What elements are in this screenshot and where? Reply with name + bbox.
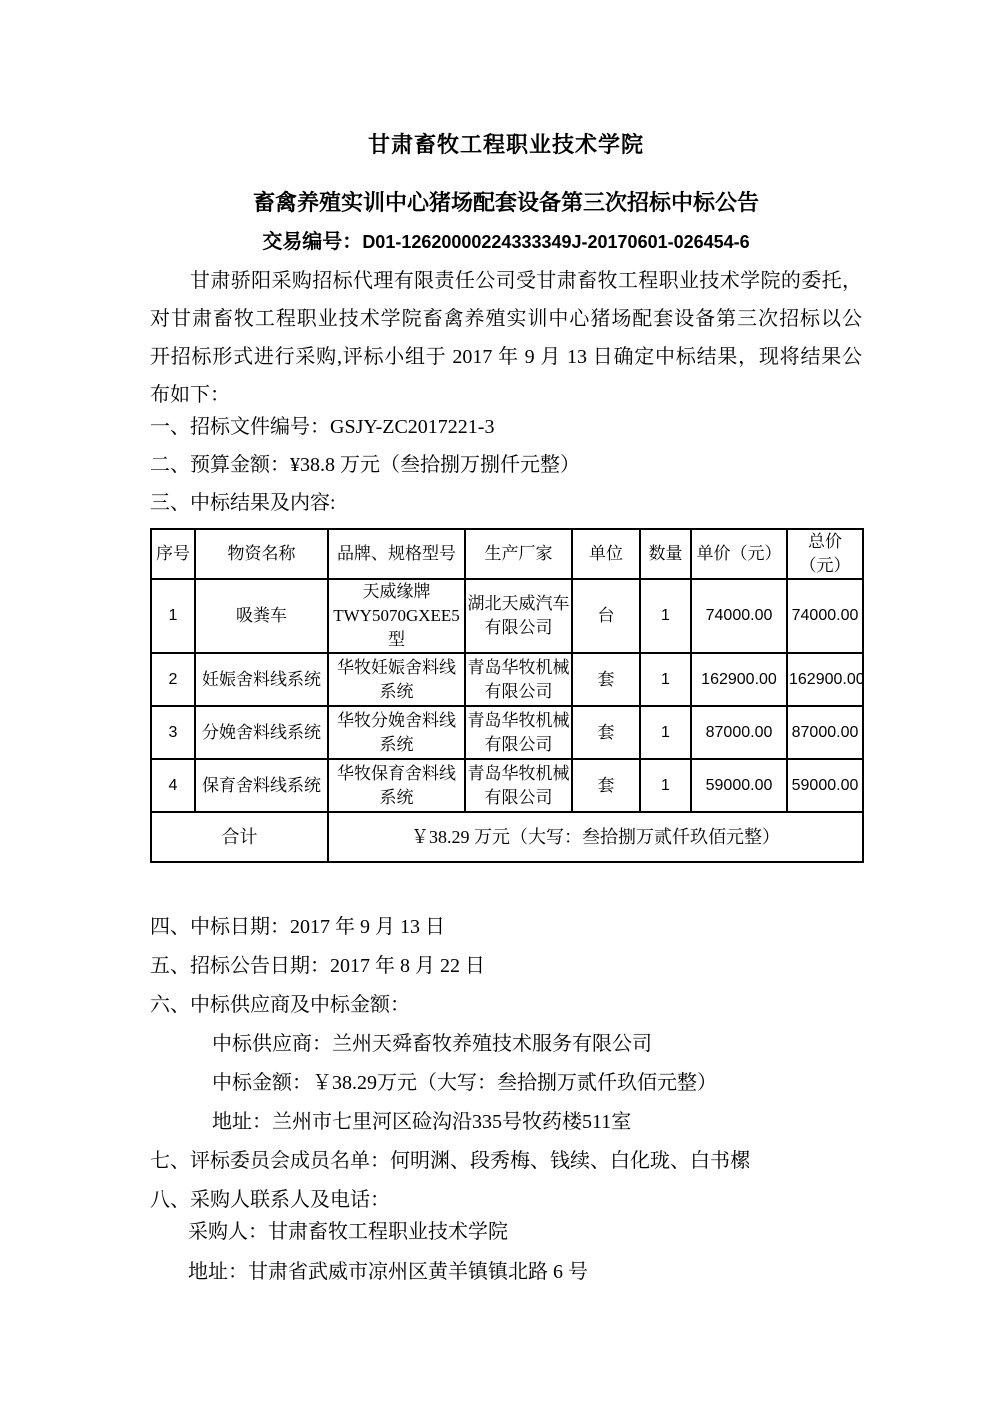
- header-cell-quantity: 数量: [640, 529, 691, 579]
- table-cell: 保育舍料线系统: [195, 759, 328, 812]
- intro-line: 布如下：: [150, 376, 862, 414]
- intro-line: 开招标形式进行采购,评标小组于 2017 年 9 月 13 日确定中标结果，现将…: [150, 338, 862, 376]
- announcement-subtitle: 畜禽养殖实训中心猪场配套设备第三次招标中标公告: [150, 188, 862, 218]
- table-cell: 套: [572, 706, 640, 759]
- table-row: 4 保育舍料线系统 华牧保育舍料线 系统 青岛华牧机械 有限公司 套 1 590…: [151, 759, 863, 812]
- winning-supplier-line: 中标供应商：兰州天舜畜牧养殖技术服务有限公司: [150, 1032, 862, 1056]
- supplier-address-line: 地址：兰州市七里河区硷沟沿335号牧药楼511室: [150, 1110, 862, 1134]
- table-cell: 59000.00: [691, 759, 787, 812]
- table-row: 1 吸粪车 天威缘牌 TWY5070GXEE5 型 湖北天威汽车 有限公司 台 …: [151, 579, 863, 653]
- table-cell: 1: [640, 653, 691, 706]
- table-header-row: 序号 物资名称 品牌、规格型号 生产厂家 单位 数量 单价（元） 总价（元）: [151, 529, 863, 579]
- bid-doc-number-line: 一、招标文件编号：GSJY-ZC2017221-3: [150, 414, 862, 440]
- table-row: 2 妊娠舍料线系统 华牧妊娠舍料线 系统 青岛华牧机械 有限公司 套 1 162…: [151, 653, 863, 706]
- table-cell: 天威缘牌 TWY5070GXEE5 型: [328, 579, 465, 653]
- total-label-cell: 合计: [151, 812, 328, 862]
- table-cell: 87000.00: [691, 706, 787, 759]
- table-cell: 2: [151, 653, 195, 706]
- table-cell: 青岛华牧机械 有限公司: [465, 706, 572, 759]
- transaction-number-label: 交易编号：: [262, 231, 362, 253]
- transaction-number: D01-12620000224333349J-20170601-026454-6: [362, 232, 749, 252]
- contact-section-heading: 八、采购人联系人及电话：: [150, 1188, 862, 1212]
- table-cell: 分娩舍料线系统: [195, 706, 328, 759]
- committee-members-line: 七、评标委员会成员名单：何明渊、段秀梅、钱续、白化珑、白书樏: [150, 1149, 862, 1173]
- table-cell: 套: [572, 653, 640, 706]
- bottom-sections: 四、中标日期：2017 年 9 月 13 日 五、招标公告日期：2017 年 8…: [150, 915, 862, 1284]
- table-cell: 1: [640, 579, 691, 653]
- header-cell-index: 序号: [151, 529, 195, 579]
- award-amount-line: 中标金额：￥38.29万元（大写：叁拾捌万贰仟玖佰元整）: [150, 1071, 862, 1095]
- award-date-line: 四、中标日期：2017 年 9 月 13 日: [150, 915, 862, 939]
- table-cell: 162900.00: [787, 653, 863, 706]
- table-cell: 4: [151, 759, 195, 812]
- purchaser-line: 采购人：甘肃畜牧工程职业技术学院: [150, 1220, 862, 1244]
- header-cell-brand-model: 品牌、规格型号: [328, 529, 465, 579]
- table-cell: 59000.00: [787, 759, 863, 812]
- table-cell: 3: [151, 706, 195, 759]
- table-total-row: 合计 ￥38.29 万元（大写：叁拾捌万贰仟玖佰元整）: [151, 812, 863, 862]
- purchaser-address-line: 地址：甘肃省武威市凉州区黄羊镇镇北路 6 号: [150, 1260, 862, 1284]
- table-cell: 1: [151, 579, 195, 653]
- header-cell-item-name: 物资名称: [195, 529, 328, 579]
- header-cell-unit-price: 单价（元）: [691, 529, 787, 579]
- table-cell: 吸粪车: [195, 579, 328, 653]
- budget-amount-line: 二、预算金额：¥38.8 万元（叁拾捌万捌仟元整）: [150, 452, 862, 478]
- header-cell-unit: 单位: [572, 529, 640, 579]
- intro-paragraph: 甘肃骄阳采购招标代理有限责任公司受甘肃畜牧工程职业技术学院的委托， 对甘肃畜牧工…: [150, 262, 862, 414]
- table-cell: 青岛华牧机械 有限公司: [465, 759, 572, 812]
- table-cell: 湖北天威汽车 有限公司: [465, 579, 572, 653]
- table-cell: 妊娠舍料线系统: [195, 653, 328, 706]
- header-cell-total-price: 总价（元）: [787, 529, 863, 579]
- header-cell-manufacturer: 生产厂家: [465, 529, 572, 579]
- table-cell: 套: [572, 759, 640, 812]
- table-row: 3 分娩舍料线系统 华牧分娩舍料线 系统 青岛华牧机械 有限公司 套 1 870…: [151, 706, 863, 759]
- page-title: 甘肃畜牧工程职业技术学院: [150, 130, 862, 160]
- result-content-heading: 三、中标结果及内容:: [150, 490, 862, 516]
- transaction-number-line: 交易编号：D01-12620000224333349J-20170601-026…: [150, 230, 862, 254]
- table-cell: 台: [572, 579, 640, 653]
- intro-line: 甘肃骄阳采购招标代理有限责任公司受甘肃畜牧工程职业技术学院的委托，: [150, 262, 862, 300]
- table-cell: 1: [640, 759, 691, 812]
- table-cell: 162900.00: [691, 653, 787, 706]
- table-cell: 华牧分娩舍料线 系统: [328, 706, 465, 759]
- supplier-section-heading: 六、中标供应商及中标金额：: [150, 993, 862, 1017]
- total-value-cell: ￥38.29 万元（大写：叁拾捌万贰仟玖佰元整）: [328, 812, 863, 862]
- announcement-date-line: 五、招标公告日期：2017 年 8 月 22 日: [150, 954, 862, 978]
- table-cell: 74000.00: [787, 579, 863, 653]
- intro-line: 对甘肃畜牧工程职业技术学院畜禽养殖实训中心猪场配套设备第三次招标以公: [150, 300, 862, 338]
- numbered-items-top: 一、招标文件编号：GSJY-ZC2017221-3 二、预算金额：¥38.8 万…: [150, 414, 862, 516]
- table-cell: 87000.00: [787, 706, 863, 759]
- results-table: 序号 物资名称 品牌、规格型号 生产厂家 单位 数量 单价（元） 总价（元） 1…: [150, 528, 864, 863]
- table-cell: 74000.00: [691, 579, 787, 653]
- announcement-document: 甘肃畜牧工程职业技术学院 畜禽养殖实训中心猪场配套设备第三次招标中标公告 交易编…: [0, 0, 1000, 1414]
- table-cell: 青岛华牧机械 有限公司: [465, 653, 572, 706]
- table-cell: 华牧妊娠舍料线 系统: [328, 653, 465, 706]
- table-cell: 1: [640, 706, 691, 759]
- table-cell: 华牧保育舍料线 系统: [328, 759, 465, 812]
